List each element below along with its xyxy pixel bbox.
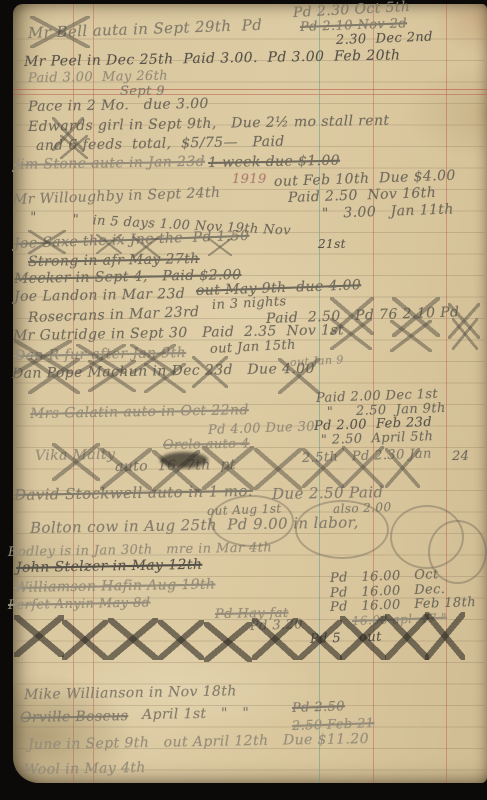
ledger-line: Orville Boseus: [20, 708, 129, 726]
crossout-x-mark: [28, 358, 80, 394]
pencil-smudge: [160, 452, 208, 468]
crossout-x-mark: [30, 16, 90, 48]
ledger-photo: Pd 2.30 Oct 5thPd 2.10 Nov 2d2.30 Dec 2n…: [0, 0, 487, 800]
crossout-x-mark: [132, 236, 160, 258]
crossout-x-mark: [192, 356, 228, 388]
crossout-x-mark: [340, 616, 386, 660]
crossout-x-mark: [342, 446, 384, 488]
crossout-x-mark: [204, 622, 252, 662]
crossout-x-mark: [425, 612, 465, 660]
scribble-ellipse: [210, 495, 294, 547]
crossout-x-mark: [302, 448, 344, 488]
crossout-x-mark: [88, 360, 136, 392]
crossout-x-mark: [330, 318, 372, 350]
crossout-x-mark: [96, 234, 122, 254]
ledger-line: Pd 2.50: [292, 699, 345, 716]
ledger-line: Jim Stone aute in Jan 23d: [14, 154, 205, 173]
ledger-line: Pace in 2 Mo. due 3.00: [28, 96, 209, 115]
crossout-x-mark: [108, 618, 158, 660]
ledger-line: Wool in May 4th: [24, 760, 146, 778]
ledger-line: 21st: [318, 237, 346, 251]
scribble-ellipse: [295, 500, 389, 559]
crossout-x-mark: [252, 618, 298, 660]
ledger-line: John Stelzer in May 12th: [16, 557, 203, 576]
crossout-x-mark: [158, 620, 204, 660]
crossout-x-mark: [385, 448, 420, 488]
crossout-x-mark: [28, 230, 66, 254]
crossout-x-mark: [385, 614, 429, 660]
crossout-x-mark: [52, 443, 100, 481]
crossout-x-mark: [62, 620, 108, 660]
crossout-x-mark: [202, 446, 254, 490]
ledger-line: Joe Landon in Mar 23d: [14, 286, 186, 305]
crossout-x-mark: [14, 615, 64, 657]
crossout-x-mark: [100, 448, 152, 490]
crossout-x-mark: [144, 363, 186, 393]
crossout-x-mark: [254, 448, 302, 490]
ledger-line: Perfet Anyin May 8d: [8, 596, 151, 613]
crossout-x-mark: [390, 320, 432, 352]
column-rule-red-2: [446, 4, 447, 783]
crossout-x-mark: [60, 135, 88, 159]
red-header-rule: [13, 89, 487, 95]
crossout-x-mark: [452, 318, 478, 350]
ledger-line: April 1st " ": [142, 705, 250, 723]
ledger-line: 1 week due $1.00: [208, 153, 340, 171]
crossout-x-mark: [208, 238, 232, 256]
ledger-line: 1919: [232, 172, 267, 187]
scribble-ellipse: [428, 520, 487, 584]
crossout-x-mark: [278, 358, 320, 394]
crossout-x-mark: [298, 620, 342, 660]
ledger-line: 24: [452, 449, 469, 464]
